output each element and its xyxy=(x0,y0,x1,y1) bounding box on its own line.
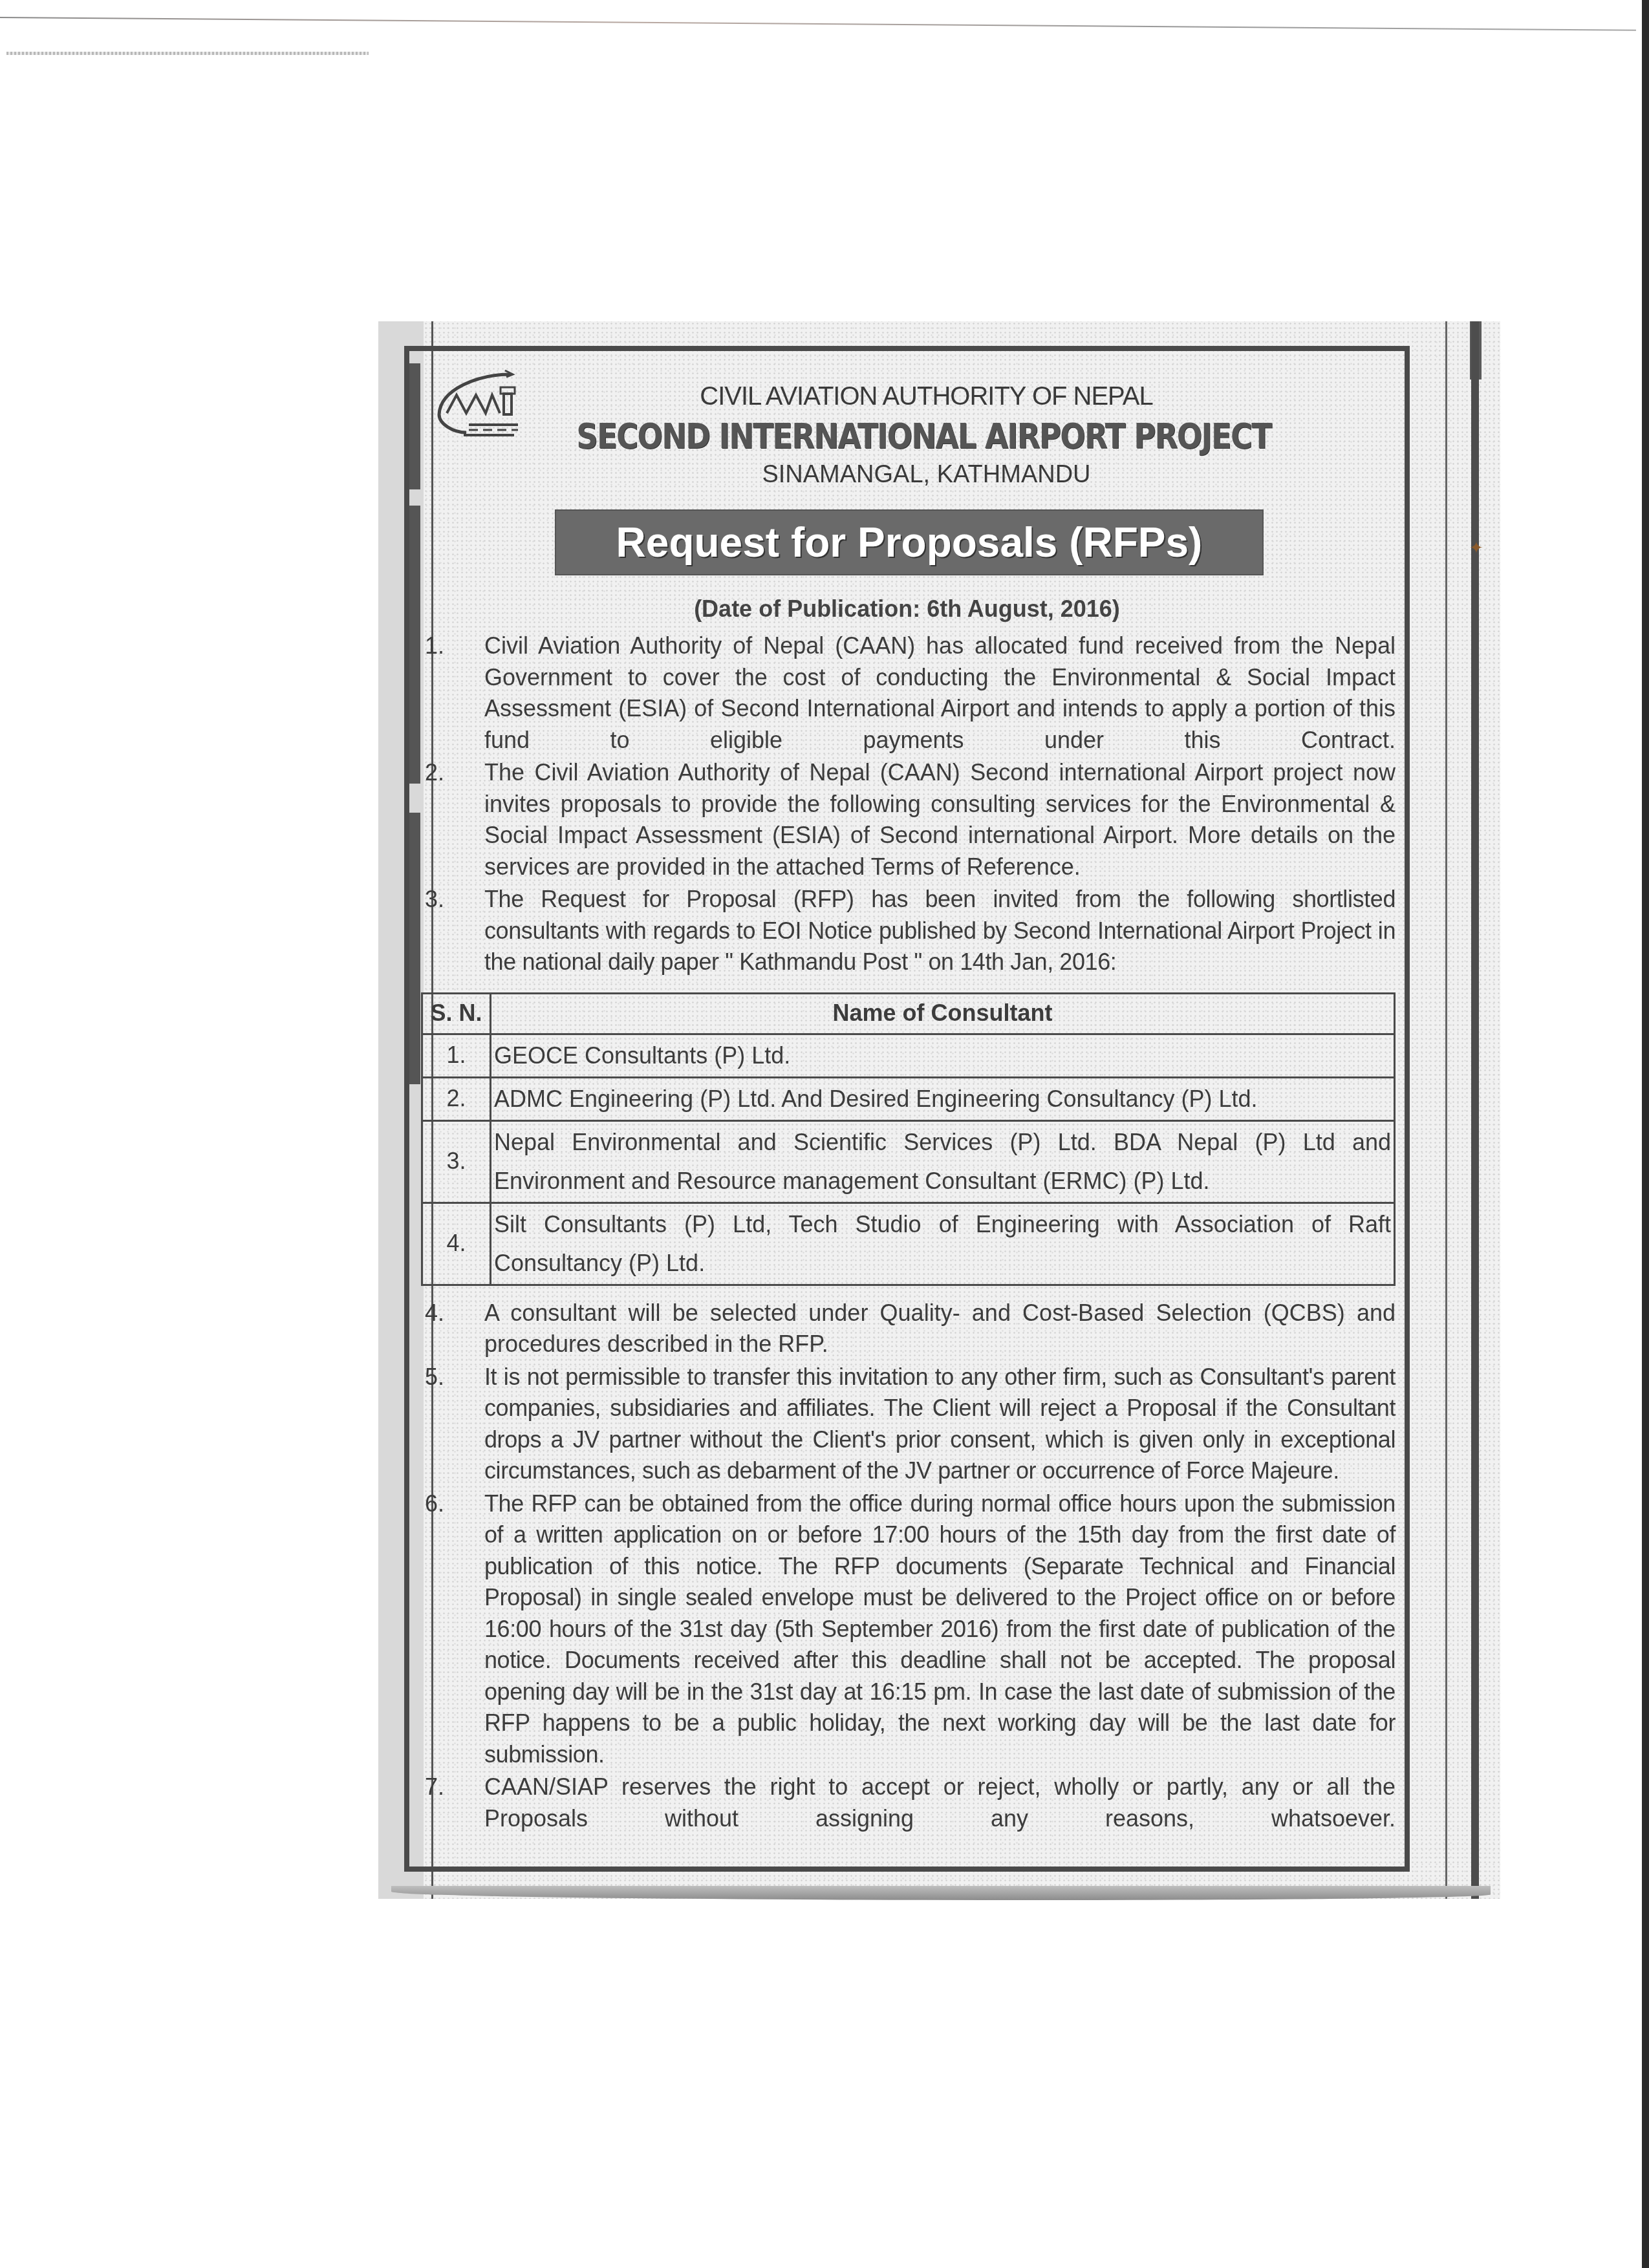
consultant-name: GEOCE Consultants (P) Ltd. xyxy=(491,1034,1395,1077)
clipping-bottom-edge xyxy=(391,1886,1491,1900)
consultant-name: Nepal Environmental and Scientific Servi… xyxy=(491,1120,1395,1203)
notice-body: 1. Civil Aviation Authority of Nepal (CA… xyxy=(421,630,1396,1835)
banner-title: Request for Proposals (RFPs) xyxy=(616,519,1203,566)
paragraph-text: CAAN/SIAP reserves the right to accept o… xyxy=(484,1771,1396,1834)
rfp-notice: CIVIL AVIATION AUTHORITY OF NEPAL SECOND… xyxy=(404,346,1410,1872)
scan-edge xyxy=(1642,0,1649,2268)
table-row: 4. Silt Consultants (P) Ltd, Tech Studio… xyxy=(422,1203,1395,1285)
serial-number: 2. xyxy=(422,1077,491,1120)
paragraph-2: 2. The Civil Aviation Authority of Nepal… xyxy=(421,757,1396,883)
paragraph-7: 7. CAAN/SIAP reserves the right to accep… xyxy=(421,1771,1396,1834)
table-row: 3. Nepal Environmental and Scientific Se… xyxy=(422,1120,1395,1203)
paragraph-number: 5. xyxy=(421,1362,484,1487)
notice-header: CIVIL AVIATION AUTHORITY OF NEPAL SECOND… xyxy=(409,351,1405,564)
paragraph-1: 1. Civil Aviation Authority of Nepal (CA… xyxy=(421,630,1396,756)
paragraph-text: It is not permissible to transfer this i… xyxy=(484,1362,1396,1487)
table-header-row: S. N. Name of Consultant xyxy=(422,993,1395,1034)
publication-date: (Date of Publication: 6th August, 2016) xyxy=(409,595,1405,623)
consultants-table: S. N. Name of Consultant 1. GEOCE Consul… xyxy=(421,992,1396,1286)
paragraph-text: The Civil Aviation Authority of Nepal (C… xyxy=(484,757,1396,883)
serial-number: 1. xyxy=(422,1034,491,1077)
paragraph-3: 3. The Request for Proposal (RFP) has be… xyxy=(421,884,1396,978)
organization-name: CIVIL AVIATION AUTHORITY OF NEPAL xyxy=(409,382,1405,411)
project-name: SECOND INTERNATIONAL AIRPORT PROJECT xyxy=(479,416,1335,456)
serial-number: 3. xyxy=(422,1120,491,1203)
scan-artifact-line xyxy=(0,17,1636,31)
paragraph-text: The RFP can be obtained from the office … xyxy=(484,1488,1396,1771)
paragraph-6: 6. The RFP can be obtained from the offi… xyxy=(421,1488,1396,1771)
paragraph-number: 4. xyxy=(421,1298,484,1360)
paragraph-text: A consultant will be selected under Qual… xyxy=(484,1298,1396,1360)
paragraph-number: 3. xyxy=(421,884,484,978)
paragraph-4: 4. A consultant will be selected under Q… xyxy=(421,1298,1396,1360)
paragraph-number: 1. xyxy=(421,630,484,756)
scan-artifact-smudge xyxy=(6,52,369,55)
column-bar-right xyxy=(1471,321,1479,1899)
serial-number: 4. xyxy=(422,1203,491,1285)
table-row: 1. GEOCE Consultants (P) Ltd. xyxy=(422,1034,1395,1077)
column-rule-right xyxy=(1445,321,1447,1899)
paragraph-text: The Request for Proposal (RFP) has been … xyxy=(484,884,1396,978)
paragraph-number: 7. xyxy=(421,1771,484,1834)
paragraph-text: Civil Aviation Authority of Nepal (CAAN)… xyxy=(484,630,1396,756)
consultant-name: ADMC Engineering (P) Ltd. And Desired En… xyxy=(491,1077,1395,1120)
project-location: SINAMANGAL, KATHMANDU xyxy=(409,461,1405,489)
header-serial-number: S. N. xyxy=(422,993,491,1034)
title-banner: Request for Proposals (RFPs) xyxy=(555,509,1264,575)
paragraph-number: 6. xyxy=(421,1488,484,1771)
paragraph-5: 5. It is not permissible to transfer thi… xyxy=(421,1362,1396,1487)
stain-mark: ✦ xyxy=(1469,538,1483,558)
consultant-name: Silt Consultants (P) Ltd, Tech Studio of… xyxy=(491,1203,1395,1285)
table-row: 2. ADMC Engineering (P) Ltd. And Desired… xyxy=(422,1077,1395,1120)
newspaper-clipping: ✦ CIVIL AVIATION AUTHORITY OF NEPAL SECO… xyxy=(378,321,1500,1899)
header-consultant-name: Name of Consultant xyxy=(491,993,1395,1034)
paragraph-number: 2. xyxy=(421,757,484,883)
